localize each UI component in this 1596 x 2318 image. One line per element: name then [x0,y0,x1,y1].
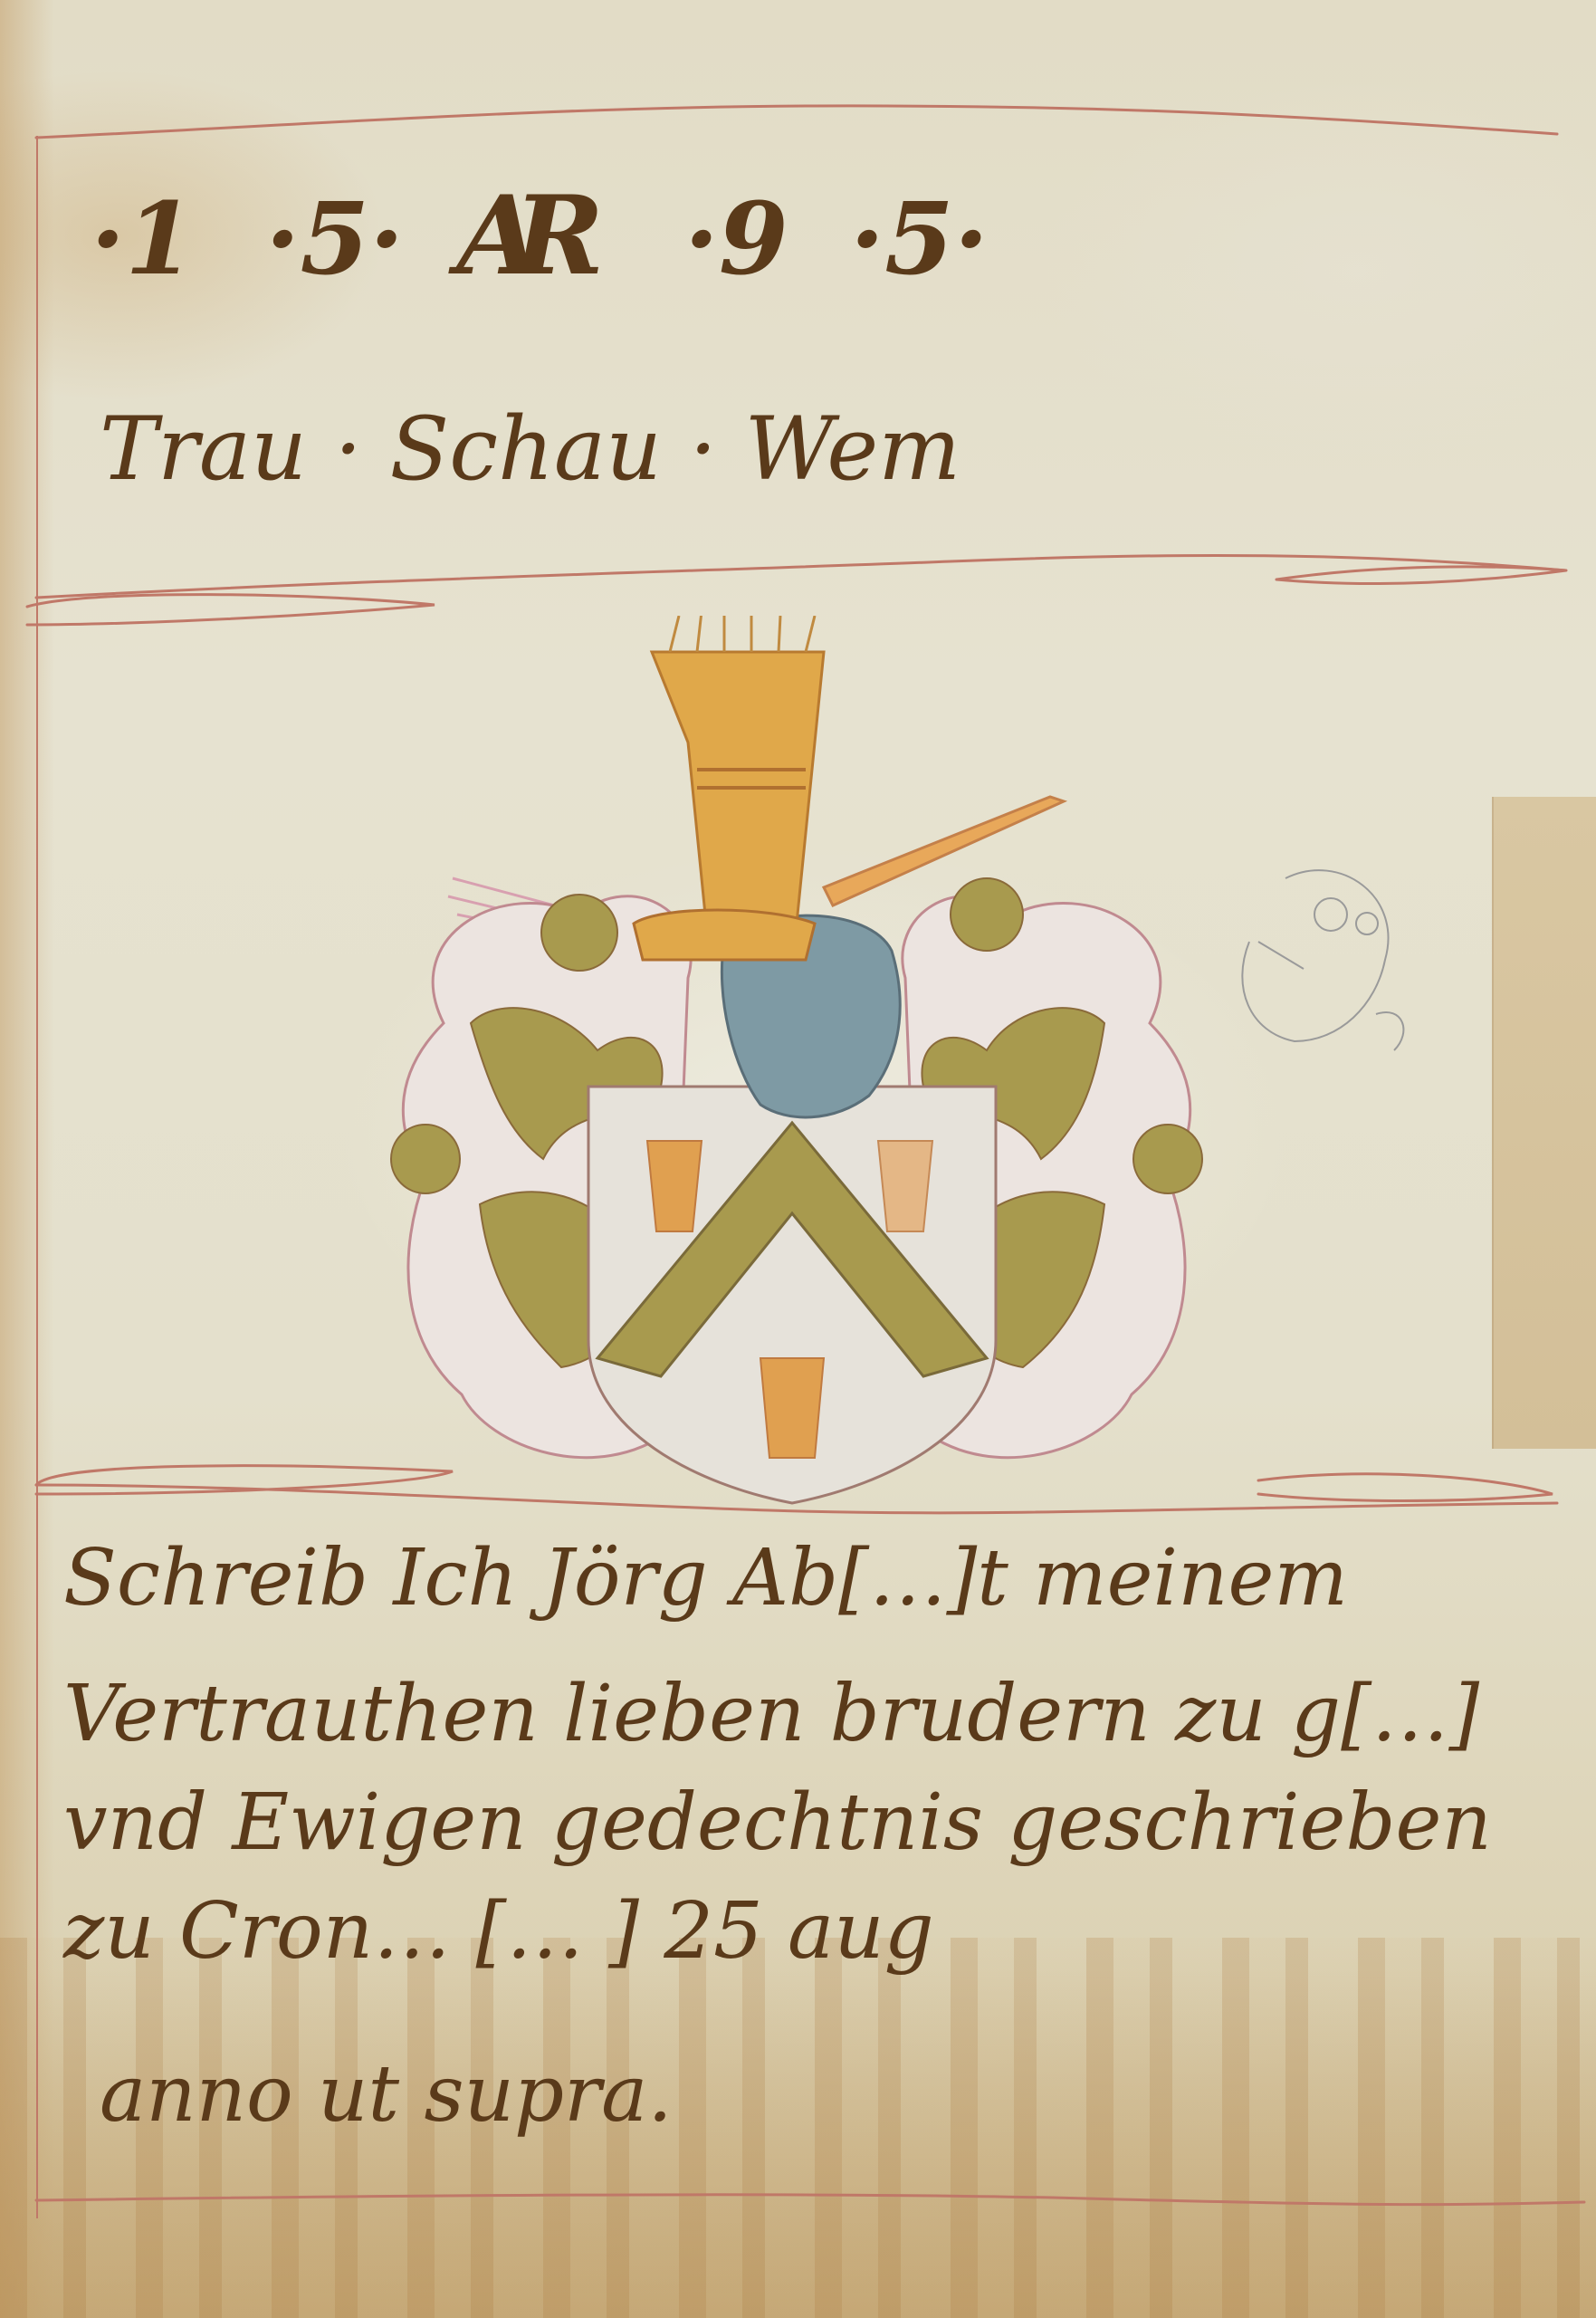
manuscript-page: ·1 ·5· AR ·9 ·5· Trau · Schau · Wem [0,0,1596,2318]
crest-feather-icon [824,797,1064,905]
date-dot: · [369,180,404,297]
motto-dot: · [307,398,390,500]
year-digit: 5 [884,180,954,297]
cup-icon [760,1358,824,1458]
cup-icon [878,1141,932,1231]
dedication-line: vnd Ewigen gedechtnis geschrieben [63,1784,1492,1862]
motto-dot: · [662,398,745,500]
date-dot: · [850,180,884,297]
dedication-line: Schreib Ich Jörg Ab[…]t meinem [63,1539,1348,1617]
date-dot: · [954,180,989,297]
year-digit: 5 [300,180,369,297]
year-digit: 1 [125,180,195,297]
dedication-line: Vertrauthen lieben brudern zu g[…] [63,1675,1479,1753]
shield [588,1087,996,1503]
date-dot: · [265,180,300,297]
coat-of-arms [362,616,1231,1521]
cup-icon [647,1141,702,1231]
date-dot: · [684,180,719,297]
dedication-line: zu Cron… [… ] 25 aug [63,1892,934,1970]
motto: Trau · Schau · Wem [100,398,960,500]
date-header: ·1 ·5· AR ·9 ·5· [91,172,989,300]
date-dot: · [91,180,125,297]
motto-word: Schau [390,398,662,500]
motto-word: Trau [100,398,307,500]
pencil-sketch [1231,860,1412,1096]
year-digit: 9 [719,180,788,297]
monogram: AR [457,172,578,300]
motto-word: Wem [745,398,961,500]
dedication-line: anno ut supra. [100,2055,673,2133]
